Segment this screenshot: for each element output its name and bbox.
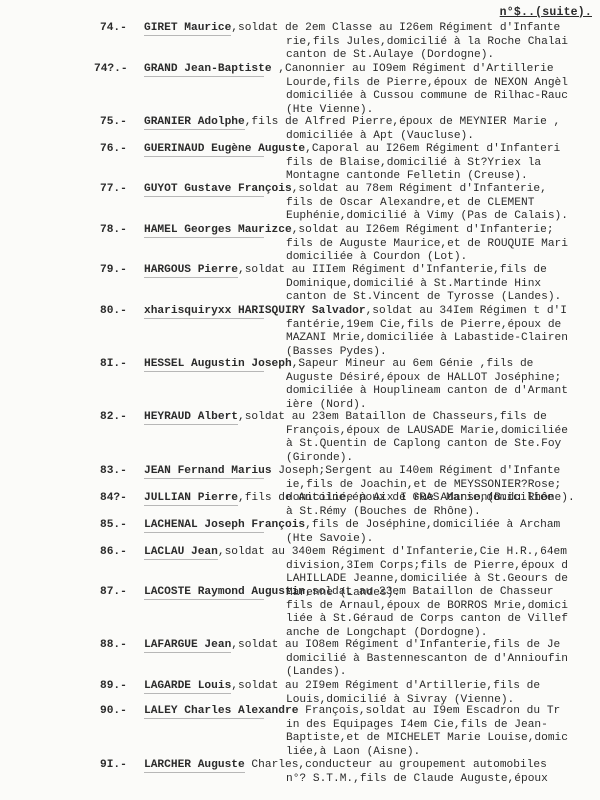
- entry-text-line: (Gironde).: [286, 452, 353, 466]
- entry-number: 87.-: [100, 586, 127, 600]
- entry-number: 82.-: [100, 411, 127, 425]
- entry-text-line: Joseph;Sergent au I40em Régiment d'Infan…: [272, 465, 561, 479]
- entry-text-line: Montagne cantonde Felletin (Creuse).: [286, 170, 528, 184]
- entry-number: 83.-: [100, 465, 127, 479]
- entry-text-line: Lourde,fils de Pierre,époux de NEXON Ang…: [286, 77, 568, 91]
- name-underline: [144, 156, 264, 157]
- entry-number: 80.-: [100, 305, 127, 319]
- entry-number: 89.-: [100, 680, 127, 694]
- name-underline: [144, 371, 264, 372]
- entry-number: 78.-: [100, 224, 127, 238]
- entry-text-line: MAZANI Mrie,domiciliée à Labastide-Clair…: [286, 332, 568, 346]
- entry-text-line: ,soldat au 23em Bataillon de Chasseurs,f…: [238, 411, 547, 425]
- entry-name: LACOSTE Raymond Augustin: [144, 586, 305, 600]
- entry-name: GRAND Jean-Baptiste: [144, 63, 272, 77]
- entry-number: 84?-: [100, 492, 127, 506]
- entry-name: LACLAU Jean: [144, 546, 218, 560]
- entry-text-line: Charles,conducteur au groupement automob…: [245, 759, 547, 773]
- entry-name: LALEY Charles Alexandre: [144, 705, 298, 719]
- name-underline: [144, 532, 264, 533]
- entry-text-line: ,fils de Alfred Pierre,époux de MEYNIER …: [245, 116, 561, 130]
- name-underline: [144, 35, 231, 36]
- entry-number: 77.-: [100, 183, 127, 197]
- entry-name: LACHENAL Joseph François: [144, 519, 305, 533]
- entry-name: GRANIER Adolphe: [144, 116, 245, 130]
- entry-text-line: canton de St.Vincent de Tyrosse (Landes)…: [286, 291, 561, 305]
- entry-name: JEAN Fernand Marius: [144, 465, 272, 479]
- document-reference: n°$..(suite).: [500, 6, 592, 19]
- entry-text-line: fantérie,19em Cie,fils de Pierre,époux d…: [286, 319, 561, 333]
- entry-number: 88.-: [100, 639, 127, 653]
- entry-name: GUYOT Gustave François: [144, 183, 292, 197]
- entry-text-line: ,fils de Antoine,époux de GRAS Marie,dom…: [238, 492, 554, 506]
- entry-text-line: ,soldat au I26em Régiment d'Infanterie;: [292, 224, 554, 238]
- entry-text-line: Auguste Désiré,époux de HALLOT Joséphine…: [286, 372, 561, 386]
- entry-text-line: fils de Oscar Alexandre,et de CLEMENT: [286, 197, 534, 211]
- entry-text-line: Dominique,domicilié à St.Martinde Hinx: [286, 278, 541, 292]
- entry-name: GIRET Maurice: [144, 22, 231, 36]
- name-underline: [144, 196, 264, 197]
- entry-number: 85.-: [100, 519, 127, 533]
- entry-text-line: ,soldat au IIIem Régiment d'Infanterie,f…: [238, 264, 547, 278]
- name-underline: [144, 318, 264, 319]
- entry-name: HAMEL Georges Maurizce: [144, 224, 292, 238]
- entry-text-line: ,Caporal au I26em Régiment d'Infanteri: [305, 143, 560, 157]
- entry-text-line: n°? S.T.M.,fils de Claude Auguste,époux: [286, 773, 548, 787]
- name-underline: [144, 76, 264, 77]
- entry-name: LAGARDE Louis: [144, 680, 231, 694]
- entry-text-line: fils de Auguste Maurice,et de ROUQUIE Ma…: [286, 238, 568, 252]
- entry-text-line: Euphénie,domicilié à Vimy (Pas de Calais…: [286, 210, 568, 224]
- entry-text-line: fils de Blaise,domicilié à St?Yriex la: [286, 157, 541, 171]
- name-underline: [144, 277, 238, 278]
- entry-number: 9I.-: [100, 759, 127, 773]
- entry-name: HARGOUS Pierre: [144, 264, 238, 278]
- entry-text-line: ,soldat au 2I9em Régiment d'Artillerie,f…: [231, 680, 540, 694]
- entry-text-line: (Landes).: [286, 666, 346, 680]
- entry-name: JULLIAN Pierre: [144, 492, 238, 506]
- name-underline: [144, 652, 231, 653]
- entry-text-line: ,fils de Joséphine,domiciliée à Archam: [305, 519, 560, 533]
- entry-text-line: ,soldat au 34Iem Régimen t d'I: [366, 305, 567, 319]
- entry-name: LAFARGUE Jean: [144, 639, 231, 653]
- entry-text-line: liée à St.Géraud de Corps canton de Vill…: [286, 613, 568, 627]
- entry-name: GUERINAUD Eugène Auguste: [144, 143, 305, 157]
- name-underline: [144, 559, 218, 560]
- name-underline: [144, 505, 238, 506]
- entry-text-line: domicilié à Bastennescanton de d'Anniouf…: [286, 653, 568, 667]
- name-underline: [144, 772, 245, 773]
- entry-text-line: à St.Quentin de Caplong canton de Ste.Fo…: [286, 438, 561, 452]
- entry-text-line: ,soldat au IO8em Régiment d'Infanterie,f…: [231, 639, 560, 653]
- name-underline: [144, 718, 264, 719]
- entry-number: 86.-: [100, 546, 127, 560]
- entry-text-line: domiciliée à Apt (Vaucluse).: [286, 130, 474, 144]
- name-underline: [144, 237, 264, 238]
- entry-text-line: ,soldat au 78em Régiment d'Infanterie,: [292, 183, 547, 197]
- entry-text-line: division,3Iem Corps;fils de Pierre,époux…: [286, 560, 568, 574]
- entry-text-line: liée,à Laon (Aisne).: [286, 746, 420, 760]
- entry-text-line: Baptiste,et de MICHELET Marie Louise,dom…: [286, 732, 568, 746]
- name-underline: [144, 129, 245, 130]
- entry-number: 8I.-: [100, 358, 127, 372]
- entry-number: 76.-: [100, 143, 127, 157]
- entry-text-line: ,Sapeur Mineur au 6em Génie ,fils de: [292, 358, 534, 372]
- entry-text-line: à St.Rémy (Bouches de Rhône).: [286, 506, 481, 520]
- entry-text-line: ,soldat au 340em Régiment d'Infanterie,C…: [218, 546, 567, 560]
- entry-text-line: domiciliée à Courdon (Lot).: [286, 251, 467, 265]
- entry-text-line: ie,fils de Joachin,et de MEYSSONIER?Rose…: [286, 479, 561, 493]
- entry-text-line: ,soldat de 2em Classe au I26em Régiment …: [231, 22, 560, 36]
- entry-name: LARCHER Auguste: [144, 759, 245, 773]
- entry-name: HEYRAUD Albert: [144, 411, 238, 425]
- entry-text-line: canton de St.Aulaye (Dordogne).: [286, 49, 494, 63]
- entry-text-line: domiciliée à Houplineam canton de d'Arma…: [286, 385, 568, 399]
- entry-number: 79.-: [100, 264, 127, 278]
- entry-text-line: domiciliée à Cussou commune de Rilhac-Ra…: [286, 90, 568, 104]
- entry-number: 74?.-: [94, 63, 128, 77]
- entry-text-line: fils de Arnaul,époux de BORROS Mrie,domi…: [286, 600, 568, 614]
- entry-name: xharisquiryxx HARISQUIRY Salvador: [144, 305, 366, 319]
- entry-name: HESSEL Augustin Joseph: [144, 358, 292, 372]
- entry-text-line: (Hte Savoie).: [286, 533, 373, 547]
- name-underline: [144, 478, 264, 479]
- entry-text-line: in des Equipages I4em Cie,fils de Jean-: [286, 719, 548, 733]
- entry-number: 75.-: [100, 116, 127, 130]
- name-underline: [144, 599, 264, 600]
- entry-text-line: François,époux de LAUSADE Marie,domicili…: [286, 425, 568, 439]
- entry-text-line: ,Canonnier au IO9em Régiment d'Artilleri…: [272, 63, 554, 77]
- entry-text-line: rie,fils Jules,domicilié à la Roche Chal…: [286, 36, 568, 50]
- document-page: n°$..(suite). 74.-GIRET Maurice,soldat d…: [0, 0, 600, 800]
- entry-number: 90.-: [100, 705, 127, 719]
- name-underline: [144, 424, 238, 425]
- name-underline: [144, 693, 231, 694]
- entry-text-line: ,soldat au 23em Bataillon de Chasseur: [305, 586, 553, 600]
- entry-number: 74.-: [100, 22, 127, 36]
- entry-text-line: François,soldat au I9em Escadron du Tr: [298, 705, 560, 719]
- entry-text-line: LAHILLADE Jeanne,domiciliée à St.Geours …: [286, 573, 568, 587]
